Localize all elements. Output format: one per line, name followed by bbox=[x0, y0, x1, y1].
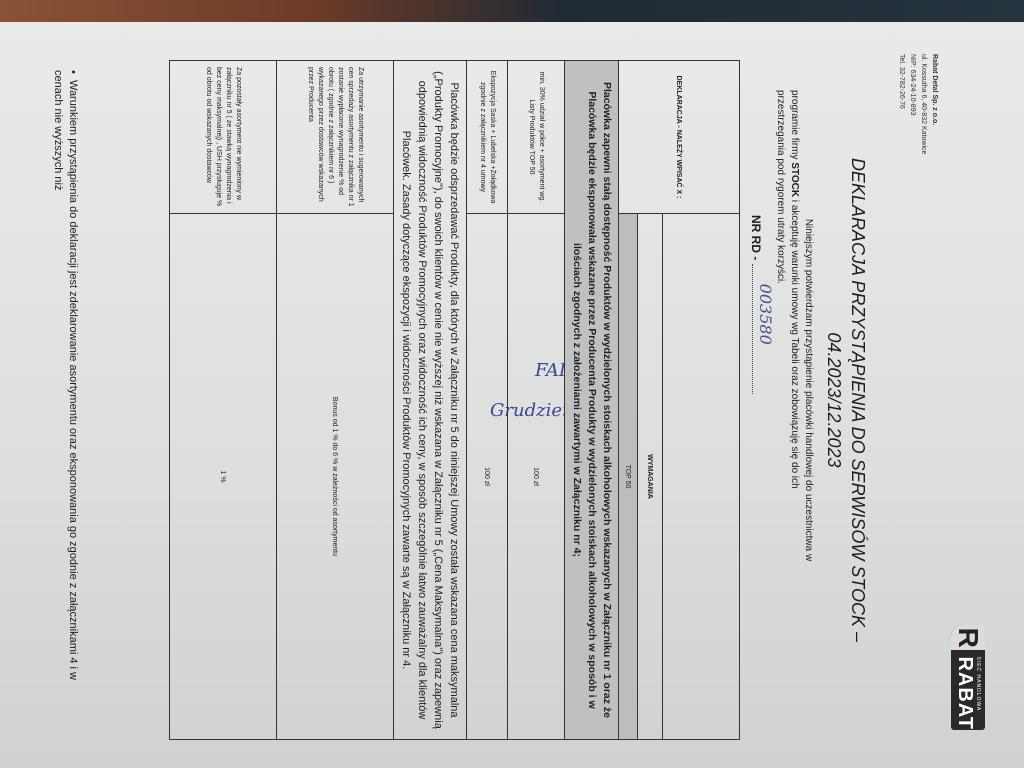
stock-emphasis: STOCK bbox=[789, 162, 800, 197]
bonus-value-assortment: Bonus od 1 % do 6 % w zależności od asor… bbox=[277, 214, 394, 740]
company-address: ul. Kossutha 6, 40-832 Katowice bbox=[918, 54, 929, 154]
rabat-logo: R SIEĆ HANDLOWA RABAT bbox=[951, 625, 985, 730]
company-info: Rabat Detal Sp. z o.o. ul. Kossutha 6, 4… bbox=[896, 54, 940, 154]
row-value-shelf-share: 100 zł bbox=[508, 214, 565, 740]
company-nip: NIP: 634-24-10-893 bbox=[907, 54, 918, 154]
document-title: DEKLARACJA PRZYSTĄPIENIA DO SERWISÓW STO… bbox=[822, 30, 870, 768]
row-value-exposition: 100 zł bbox=[467, 214, 508, 740]
declaration-table: DEKLARACJA - NALEŻY WPISAĆ X : WYMAGANIA… bbox=[169, 60, 740, 740]
bonus-label-assortment: Za utrzymanie asortymentu i sugerowanych… bbox=[277, 61, 394, 214]
intro-line-1: Niniejszym potwierdzam przystąpienie pla… bbox=[801, 90, 815, 690]
logo-brand: RABAT bbox=[955, 656, 975, 730]
company-phone: Tel. 32-782-26-76 bbox=[896, 54, 907, 154]
requirement-max-price: Placówka będzie odsprzedawać Produkty, d… bbox=[394, 61, 467, 740]
bullet-text: Warunkiem przystąpienia do deklaracji je… bbox=[52, 70, 79, 680]
declaration-x-box[interactable] bbox=[663, 214, 740, 740]
logo-letter: R bbox=[951, 625, 985, 650]
nr-rd-label: NR RD - bbox=[749, 215, 763, 260]
row-label-exposition: Ekspozycja Saska + Lubelska +Żołądkowa z… bbox=[467, 61, 508, 214]
bonus-value-other: 1 % bbox=[170, 214, 277, 740]
declaration-header: DEKLARACJA - NALEŻY WPISAĆ X : bbox=[619, 61, 740, 214]
condition-bullet: • Warunkiem przystąpienia do deklaracji … bbox=[50, 70, 80, 690]
bullet-icon: • bbox=[67, 70, 79, 80]
requirements-header: WYMAGANIA bbox=[638, 214, 663, 740]
title-line-1: DEKLARACJA PRZYSTĄPIENIA DO SERWISÓW STO… bbox=[846, 30, 870, 768]
intro-paragraph: Niniejszym potwierdzam przystąpienie pla… bbox=[773, 90, 815, 690]
row-label-shelf-share: min. 30% udział w półce + asortyment wg.… bbox=[508, 61, 565, 214]
declaration-document: R SIEĆ HANDLOWA RABAT Rabat Detal Sp. z … bbox=[10, 30, 1010, 768]
requirement-availability: Placówka zapewni stałą dostępność Produk… bbox=[565, 61, 619, 740]
intro-line-3: przestrzegania pod rygorem utraty korzyś… bbox=[775, 90, 786, 284]
nr-rd-field: NR RD - 003580 bbox=[749, 215, 765, 394]
nr-rd-value[interactable]: 003580 bbox=[756, 284, 775, 345]
section-top50: TOP 50 bbox=[619, 214, 638, 740]
company-name: Rabat Detal Sp. z o.o. bbox=[929, 54, 940, 154]
bonus-label-other: Za pozostały asortyment nie wymieniony w… bbox=[170, 61, 277, 214]
title-line-2: 04.2023/12.2023 bbox=[822, 30, 846, 768]
